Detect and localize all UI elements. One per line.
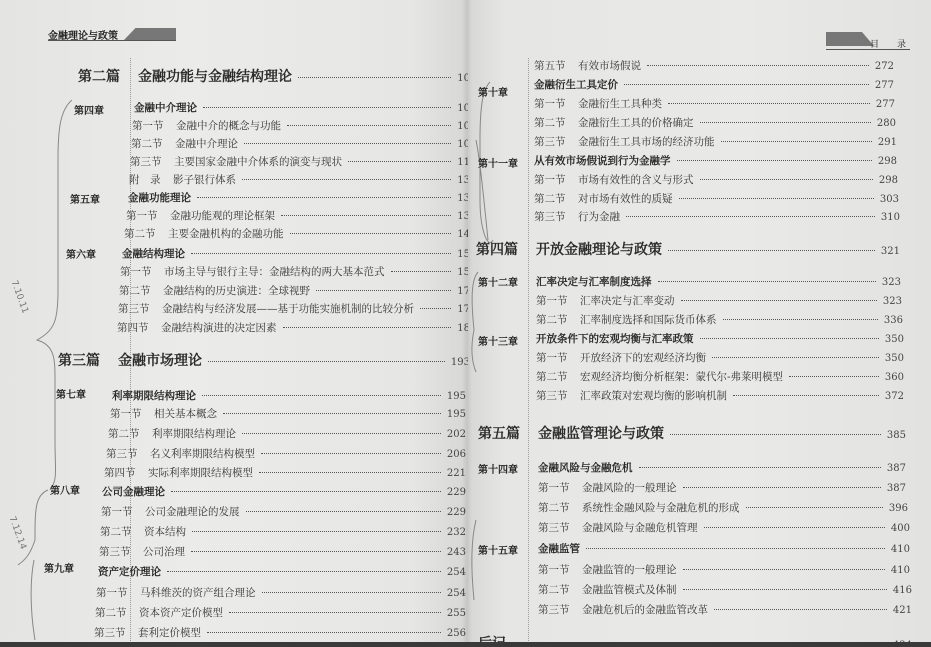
toc-section-entry[interactable]: 第二节 资本结构 232 — [100, 524, 466, 539]
dot-leader — [789, 376, 879, 377]
page-number: 421 — [893, 605, 912, 616]
toc-section-entry[interactable]: 第一节 公司金融理论的发展 229 — [101, 504, 466, 519]
header-decoration — [124, 28, 176, 40]
section-label: 第二节 — [119, 283, 163, 298]
photo-bottom-edge — [0, 642, 931, 647]
dot-leader — [207, 632, 441, 633]
toc-section-entry[interactable]: 第一节 汇率决定与汇率变动 323 — [536, 293, 902, 308]
toc-section-entry[interactable]: 第三节 汇率政策对宏观均衡的影响机制 372 — [536, 388, 904, 403]
toc-section-entry[interactable]: 第一节 相关基本概念 195 — [110, 406, 466, 421]
page-number: 272 — [875, 61, 894, 72]
section-title: 宏观经济均衡分析框架：蒙代尔-弗莱明模型 — [580, 369, 783, 384]
section-title: 金融危机后的金融监管改革 — [582, 602, 708, 617]
page-number: 387 — [887, 483, 906, 494]
right-page: 目录 第五节 有效市场假说 272 第十章 金融衍生工具定价 277 第一节 金… — [468, 0, 931, 647]
toc-part-entry[interactable]: 第三篇 金融市场理论 193 — [58, 350, 468, 370]
section-title: 金融衍生工具的价格确定 — [578, 115, 694, 130]
dot-leader — [624, 84, 869, 85]
section-label: 第三节 — [534, 134, 578, 149]
toc-section-entry[interactable]: 第二节 主要金融机构的金融功能 14 — [124, 226, 468, 241]
dot-leader — [316, 290, 451, 291]
section-title: 金融结构演进的决定因素 — [161, 320, 277, 335]
dot-leader — [721, 141, 872, 142]
page-number: 396 — [889, 503, 908, 514]
chapter-label: 第十二章 — [478, 274, 518, 289]
page-number: 298 — [879, 175, 898, 186]
part-title: 金融市场理论 — [118, 350, 202, 370]
section-title: 系统性金融风险与金融危机的形成 — [582, 500, 740, 515]
chapter-label: 第四章 — [74, 102, 104, 117]
dot-leader — [668, 250, 875, 251]
dot-leader — [281, 215, 451, 216]
section-label: 第三节 — [99, 544, 143, 559]
toc-section-entry[interactable]: 第一节 金融风险的一般理论 387 — [538, 480, 906, 495]
chapter-title: 从有效市场假说到行为金融学 — [534, 153, 671, 168]
section-label: 第二节 — [534, 191, 578, 206]
chapter-title: 金融功能理论 — [128, 190, 191, 205]
dot-leader — [683, 589, 887, 590]
section-title: 马科维茨的资产组合理论 — [140, 585, 256, 600]
toc-section-entry[interactable]: 第二节 金融衍生工具的价格确定 280 — [534, 115, 896, 130]
toc-chapter-entry[interactable]: 金融风险与金融危机 387 — [538, 460, 906, 475]
chapter-label: 第七章 — [56, 386, 86, 401]
toc-chapter-entry[interactable]: 从有效市场假说到行为金融学 298 — [534, 153, 897, 168]
header-decoration — [826, 32, 874, 46]
section-label: 第一节 — [126, 208, 170, 223]
toc-section-entry[interactable]: 第二节 对市场有效性的质疑 303 — [534, 191, 899, 206]
dot-leader — [283, 327, 452, 328]
dot-leader — [197, 197, 451, 198]
part-title: 开放金融理论与政策 — [536, 239, 662, 259]
toc-section-entry[interactable]: 第一节 金融功能观的理论框架 13 — [126, 208, 468, 223]
page-number: 303 — [880, 194, 899, 205]
chapter-label: 第十五章 — [478, 542, 518, 557]
page-number: 277 — [875, 80, 894, 91]
part-label: 第四篇 — [476, 239, 536, 259]
dot-leader — [203, 107, 451, 108]
section-label: 第二节 — [100, 524, 144, 539]
dot-leader — [700, 122, 871, 123]
toc-section-entry[interactable]: 第二节 利率期限结构理论 202 — [108, 426, 466, 441]
chapter-label: 第五章 — [70, 191, 100, 206]
dot-leader — [723, 319, 878, 320]
section-title: 金融结构的历史演进：全球视野 — [163, 283, 310, 298]
section-title: 实际利率期限结构模型 — [148, 465, 253, 480]
section-title: 汇率政策对宏观均衡的影响机制 — [580, 388, 727, 403]
toc-section-entry[interactable]: 第三节 行为金融 310 — [534, 209, 900, 224]
chapter-title: 金融中介理论 — [134, 100, 197, 115]
chapter-label: 第十章 — [478, 84, 508, 99]
toc-part-entry[interactable]: 第四篇 开放金融理论与政策 321 — [476, 239, 900, 259]
section-label: 第二节 — [538, 582, 582, 597]
section-label: 第一节 — [538, 562, 582, 577]
page-number: 321 — [881, 246, 900, 257]
toc-section-entry[interactable]: 第三节 公司治理 243 — [99, 544, 466, 559]
section-title: 行为金融 — [578, 209, 620, 224]
page-number: 280 — [877, 118, 896, 129]
toc-section-entry[interactable]: 第一节 市场有效性的含义与形式 298 — [534, 172, 898, 187]
section-label: 第三节 — [94, 625, 138, 640]
part-title: 金融监管理论与政策 — [538, 423, 664, 443]
section-label: 第三节 — [130, 154, 174, 169]
section-label: 第四节 — [104, 465, 148, 480]
section-label: 第一节 — [536, 293, 580, 308]
toc-part-entry[interactable]: 第二篇 金融功能与金融结构理论 10 — [78, 66, 468, 86]
toc-chapter-entry[interactable]: 利率期限结构理论 195 — [112, 388, 466, 403]
dot-leader — [229, 612, 441, 613]
dot-leader — [191, 253, 451, 254]
toc-chapter-entry[interactable]: 汇率决定与汇率制度选择 323 — [536, 274, 901, 289]
toc-section-entry[interactable]: 附 录 影子银行体系 13 — [129, 172, 468, 187]
page-number: 410 — [891, 565, 910, 576]
dot-leader — [244, 143, 451, 144]
section-label: 第一节 — [538, 480, 582, 495]
section-title: 开放经济下的宏观经济均衡 — [580, 350, 706, 365]
toc-section-entry[interactable]: 第一节 金融监管的一般理论 410 — [538, 562, 910, 577]
dot-leader — [639, 467, 881, 468]
dot-leader — [171, 491, 441, 492]
dot-leader — [681, 300, 877, 301]
section-label: 第一节 — [110, 406, 154, 421]
dot-leader — [679, 198, 874, 199]
section-label: 第三节 — [538, 520, 582, 535]
dot-leader — [683, 569, 885, 570]
dot-leader — [586, 548, 885, 549]
chapter-title: 金融衍生工具定价 — [534, 77, 618, 92]
section-label: 第三节 — [538, 602, 582, 617]
page-number: 372 — [885, 391, 904, 402]
section-title: 金融中介的概念与功能 — [176, 118, 281, 133]
toc-chapter-entry[interactable]: 金融衍生工具定价 277 — [534, 77, 894, 92]
part-label: 第三篇 — [58, 350, 118, 370]
header-rule — [826, 49, 910, 50]
toc-section-entry[interactable]: 第一节 金融衍生工具种类 277 — [534, 96, 895, 111]
dot-leader — [670, 434, 881, 435]
section-label: 第三节 — [534, 209, 578, 224]
dot-leader — [704, 527, 885, 528]
dot-leader — [262, 592, 441, 593]
chapter-label: 第十三章 — [478, 333, 518, 348]
section-label: 第二节 — [124, 226, 168, 241]
section-title: 金融风险的一般理论 — [582, 480, 677, 495]
section-title: 金融功能观的理论框架 — [170, 208, 275, 223]
section-title: 金融风险与金融危机管理 — [582, 520, 698, 535]
dot-leader — [242, 433, 441, 434]
section-label: 第一节 — [536, 350, 580, 365]
toc-section-entry[interactable]: 第二节 金融监管模式及体制 416 — [538, 582, 912, 597]
toc-chapter-entry[interactable]: 金融监管 410 — [538, 541, 910, 556]
section-label: 第四节 — [117, 320, 161, 335]
section-title: 金融中介理论 — [175, 136, 238, 151]
dot-leader — [714, 609, 887, 610]
toc-section-entry[interactable]: 第三节 名义利率期限结构模型 206 — [106, 446, 466, 461]
section-title: 影子银行体系 — [173, 172, 236, 187]
page-number: 350 — [885, 353, 904, 364]
chapter-title: 公司金融理论 — [102, 484, 165, 499]
chapter-label: 第九章 — [44, 560, 74, 575]
chapter-title: 利率期限结构理论 — [112, 388, 196, 403]
section-label: 第一节 — [96, 585, 140, 600]
toc-chapter-entry[interactable]: 公司金融理论 229 — [102, 484, 466, 499]
dot-leader — [191, 551, 441, 552]
toc-section-entry[interactable]: 第二节 金融中介理论 10 — [131, 136, 468, 151]
toc-chapter-entry[interactable]: 资产定价理论 254 — [98, 564, 466, 579]
section-label: 附 录 — [129, 172, 173, 187]
section-title: 名义利率期限结构模型 — [150, 446, 255, 461]
dot-leader — [261, 453, 441, 454]
section-label: 第二节 — [534, 115, 578, 130]
section-label: 第二节 — [536, 369, 580, 384]
toc-chapter-entry[interactable]: 金融结构理论 15 — [122, 246, 468, 261]
chapter-title: 资产定价理论 — [98, 564, 161, 579]
dot-leader — [626, 216, 875, 217]
dot-leader — [208, 361, 445, 362]
page-number: 360 — [885, 372, 904, 383]
page-number: 350 — [885, 334, 904, 345]
toc-section-entry[interactable]: 第三节 金融风险与金融危机管理 400 — [538, 520, 910, 535]
dot-leader — [290, 233, 452, 234]
section-title: 有效市场假说 — [578, 58, 641, 73]
toc-part-entry[interactable]: 第五篇 金融监管理论与政策 385 — [478, 423, 906, 443]
dot-leader — [658, 281, 876, 282]
section-title: 套利定价模型 — [138, 625, 201, 640]
section-title: 相关基本概念 — [154, 406, 217, 421]
section-title: 利率期限结构理论 — [152, 426, 236, 441]
toc-section-entry[interactable]: 第二节 金融结构的历史演进：全球视野 17 — [119, 283, 468, 298]
section-label: 第二节 — [95, 605, 139, 620]
toc-section-entry[interactable]: 第三节 金融衍生工具市场的经济功能 291 — [534, 134, 897, 149]
dot-leader — [192, 531, 441, 532]
section-label: 第二节 — [536, 312, 580, 327]
toc-chapter-entry[interactable]: 开放条件下的宏观均衡与汇率政策 350 — [536, 331, 904, 346]
page-number: 291 — [878, 137, 897, 148]
dot-leader — [202, 395, 441, 396]
section-title: 对市场有效性的质疑 — [578, 191, 673, 206]
section-title: 资本结构 — [144, 524, 186, 539]
section-label: 第五节 — [534, 58, 578, 73]
toc-section-entry[interactable]: 第三节 金融结构与经济发展——基于功能实施机制的比较分析 17 — [118, 301, 468, 316]
dot-leader — [167, 571, 441, 572]
section-title: 金融衍生工具种类 — [578, 96, 662, 111]
dot-leader — [677, 160, 872, 161]
chapter-label: 第八章 — [50, 482, 80, 497]
section-label: 第三节 — [106, 446, 150, 461]
section-title: 汇率决定与汇率变动 — [580, 293, 675, 308]
chapter-title: 汇率决定与汇率制度选择 — [536, 274, 652, 289]
page-number: 323 — [883, 296, 902, 307]
page-number: 323 — [882, 277, 901, 288]
page-number: 310 — [881, 212, 900, 223]
dot-leader — [246, 511, 441, 512]
section-label: 第一节 — [534, 172, 578, 187]
section-label: 第一节 — [132, 118, 176, 133]
toc-section-entry[interactable]: 第四节 金融结构演进的决定因素 18 — [117, 320, 468, 335]
section-title: 金融监管的一般理论 — [582, 562, 677, 577]
toc-section-entry[interactable]: 第三节 主要国家金融中介体系的演变与现状 11 — [130, 154, 468, 169]
toc-chapter-entry[interactable]: 金融功能理论 13 — [128, 190, 468, 205]
toc-chapter-entry[interactable]: 金融中介理论 10 — [134, 100, 468, 115]
section-title: 金融结构与经济发展——基于功能实施机制的比较分析 — [162, 301, 414, 316]
section-label: 第一节 — [120, 264, 164, 279]
page-number: 298 — [878, 156, 897, 167]
toc-section-entry[interactable]: 第一节 金融中介的概念与功能 10 — [132, 118, 468, 133]
left-page: 金融理论与政策 7.10.11 7.12.14 第二篇 金融功能与金融结构理论 … — [0, 0, 468, 647]
section-label: 第三节 — [118, 301, 162, 316]
section-label: 第二节 — [108, 426, 152, 441]
chapter-label: 第十四章 — [478, 461, 518, 476]
dot-leader — [391, 271, 452, 272]
dot-leader — [298, 77, 451, 78]
section-title: 金融监管模式及体制 — [582, 582, 677, 597]
page-number: 277 — [876, 99, 895, 110]
section-label: 第二节 — [538, 500, 582, 515]
part-label: 第五篇 — [478, 423, 538, 443]
chapter-title: 金融监管 — [538, 541, 580, 556]
toc-section-entry[interactable]: 第一节 市场主导与银行主导：金融结构的两大基本范式 15 — [120, 264, 468, 279]
dot-leader — [287, 125, 451, 126]
toc-section-entry[interactable]: 第二节 资本资产定价模型 255 — [95, 605, 466, 620]
section-label: 第一节 — [534, 96, 578, 111]
section-title: 金融衍生工具市场的经济功能 — [578, 134, 715, 149]
dot-leader — [223, 413, 441, 414]
toc-section-entry[interactable]: 第二节 宏观经济均衡分析框架：蒙代尔-弗莱明模型 360 — [536, 369, 904, 384]
section-title: 资本资产定价模型 — [139, 605, 223, 620]
dot-leader — [668, 103, 870, 104]
dot-leader — [712, 357, 879, 358]
page-number: 400 — [891, 523, 910, 534]
section-title: 主要金融机构的金融功能 — [168, 226, 284, 241]
section-title: 公司治理 — [143, 544, 185, 559]
chapter-title: 金融风险与金融危机 — [538, 460, 633, 475]
section-title: 公司金融理论的发展 — [145, 504, 240, 519]
section-label: 第一节 — [101, 504, 145, 519]
part-title: 金融功能与金融结构理论 — [138, 66, 292, 86]
dot-leader — [259, 472, 441, 473]
chapter-label: 第十一章 — [478, 155, 518, 170]
section-title: 市场有效性的含义与形式 — [578, 172, 694, 187]
dot-leader — [733, 395, 879, 396]
chapter-title: 金融结构理论 — [122, 246, 185, 261]
page-number: 387 — [887, 463, 906, 474]
section-title: 汇率制度选择和国际货币体系 — [580, 312, 717, 327]
toc-section-entry[interactable]: 第一节 马科维茨的资产组合理论 254 — [96, 585, 466, 600]
dot-leader — [683, 487, 881, 488]
toc-section-entry[interactable]: 第三节 金融危机后的金融监管改革 421 — [538, 602, 912, 617]
dot-leader — [420, 308, 451, 309]
chapter-title: 开放条件下的宏观均衡与汇率政策 — [536, 331, 694, 346]
toc-section-entry[interactable]: 第二节 系统性金融风险与金融危机的形成 396 — [538, 500, 908, 515]
section-label: 第三节 — [536, 388, 580, 403]
column-divider — [528, 58, 529, 647]
page-number: 336 — [884, 315, 903, 326]
page-number: 385 — [887, 430, 906, 441]
toc-section-entry[interactable]: 第四节 实际利率期限结构模型 221 — [104, 465, 466, 480]
section-title: 主要国家金融中介体系的演变与现状 — [174, 154, 342, 169]
toc-section-entry[interactable]: 第三节 套利定价模型 256 — [94, 625, 466, 640]
part-label: 第二篇 — [78, 66, 138, 86]
chapter-label: 第六章 — [66, 246, 96, 261]
page-number: 416 — [893, 585, 912, 596]
toc-section-entry[interactable]: 第一节 开放经济下的宏观经济均衡 350 — [536, 350, 904, 365]
dot-leader — [348, 161, 451, 162]
dot-leader — [647, 65, 869, 66]
dot-leader — [242, 179, 451, 180]
dot-leader — [700, 338, 879, 339]
dot-leader — [700, 179, 873, 180]
toc-section-entry[interactable]: 第五节 有效市场假说 272 — [534, 58, 894, 73]
page-number: 410 — [891, 544, 910, 555]
toc-section-entry[interactable]: 第二节 汇率制度选择和国际货币体系 336 — [536, 312, 903, 327]
section-label: 第二节 — [131, 136, 175, 151]
dot-leader — [746, 507, 883, 508]
book-gutter — [462, 0, 472, 647]
section-title: 市场主导与银行主导：金融结构的两大基本范式 — [164, 264, 385, 279]
